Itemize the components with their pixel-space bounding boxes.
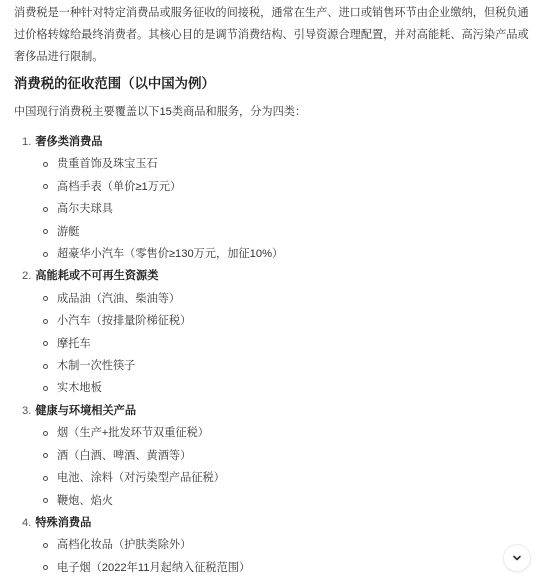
document-content: 消费税是一种针对特定消费品或服务征收的间接税，通常在生产、进口或销售环节由企业缴… (0, 0, 550, 577)
category-title: 特殊消费品 (35, 517, 91, 529)
category-sub-list: 烟（生产+批发环节双重征税）酒（白酒、啤酒、黄酒等）电池、涂料（对污染型产品征税… (22, 422, 537, 512)
list-item: 烟（生产+批发环节双重征税） (22, 422, 537, 444)
category-title: 健康与环境相关产品 (35, 405, 136, 417)
list-item: 高档手表（单价≥1万元） (22, 176, 537, 198)
list-item: 贵重首饰及珠宝玉石 (22, 153, 537, 175)
category-item: 4.特殊消费品高档化妆品（护肤类除外）电子烟（2022年11月起纳入征税范围） (14, 512, 537, 577)
list-item: 超豪华小汽车（零售价≥130万元，加征10%） (22, 243, 537, 265)
list-item: 摩托车 (22, 333, 537, 355)
category-number: 3. (22, 405, 31, 417)
chevron-down-icon (511, 552, 523, 564)
category-number: 2. (22, 270, 31, 282)
list-item: 高尔夫球具 (22, 198, 537, 220)
list-item: 鞭炮、焰火 (22, 490, 537, 512)
category-title: 高能耗或不可再生资源类 (35, 270, 158, 282)
category-number: 1. (22, 136, 31, 148)
list-item: 游艇 (22, 221, 537, 243)
category-item: 1.奢侈类消费品贵重首饰及珠宝玉石高档手表（单价≥1万元）高尔夫球具游艇超豪华小… (14, 131, 537, 265)
list-item: 高档化妆品（护肤类除外） (22, 534, 537, 556)
list-item: 电池、涂料（对污染型产品征税） (22, 467, 537, 489)
intro-paragraph: 消费税是一种针对特定消费品或服务征收的间接税，通常在生产、进口或销售环节由企业缴… (14, 2, 537, 68)
category-sub-list: 高档化妆品（护肤类除外）电子烟（2022年11月起纳入征税范围） (22, 534, 537, 577)
scroll-to-bottom-button[interactable] (503, 544, 531, 572)
category-list: 1.奢侈类消费品贵重首饰及珠宝玉石高档手表（单价≥1万元）高尔夫球具游艇超豪华小… (14, 131, 537, 577)
chat-response-viewport: 消费税是一种针对特定消费品或服务征收的间接税，通常在生产、进口或销售环节由企业缴… (0, 0, 550, 577)
section-title: 消费税的征收范围（以中国为例） (14, 73, 537, 95)
category-item: 3.健康与环境相关产品烟（生产+批发环节双重征税）酒（白酒、啤酒、黄酒等）电池、… (14, 400, 537, 512)
list-item: 电子烟（2022年11月起纳入征税范围） (22, 557, 537, 577)
category-item: 2.高能耗或不可再生资源类成品油（汽油、柴油等）小汽车（按排量阶梯征税）摩托车木… (14, 265, 537, 399)
category-label: 2.高能耗或不可再生资源类 (22, 265, 537, 287)
category-label: 3.健康与环境相关产品 (22, 400, 537, 422)
category-number: 4. (22, 517, 31, 529)
list-item: 成品油（汽油、柴油等） (22, 288, 537, 310)
category-title: 奢侈类消费品 (35, 136, 102, 148)
category-sub-list: 贵重首饰及珠宝玉石高档手表（单价≥1万元）高尔夫球具游艇超豪华小汽车（零售价≥1… (22, 153, 537, 265)
list-item: 酒（白酒、啤酒、黄酒等） (22, 445, 537, 467)
category-label: 4.特殊消费品 (22, 512, 537, 534)
list-item: 木制一次性筷子 (22, 355, 537, 377)
section-intro: 中国现行消费税主要覆盖以下15类商品和服务，分为四类： (14, 101, 537, 123)
category-label: 1.奢侈类消费品 (22, 131, 537, 153)
category-sub-list: 成品油（汽油、柴油等）小汽车（按排量阶梯征税）摩托车木制一次性筷子实木地板 (22, 288, 537, 400)
list-item: 小汽车（按排量阶梯征税） (22, 310, 537, 332)
list-item: 实木地板 (22, 377, 537, 399)
